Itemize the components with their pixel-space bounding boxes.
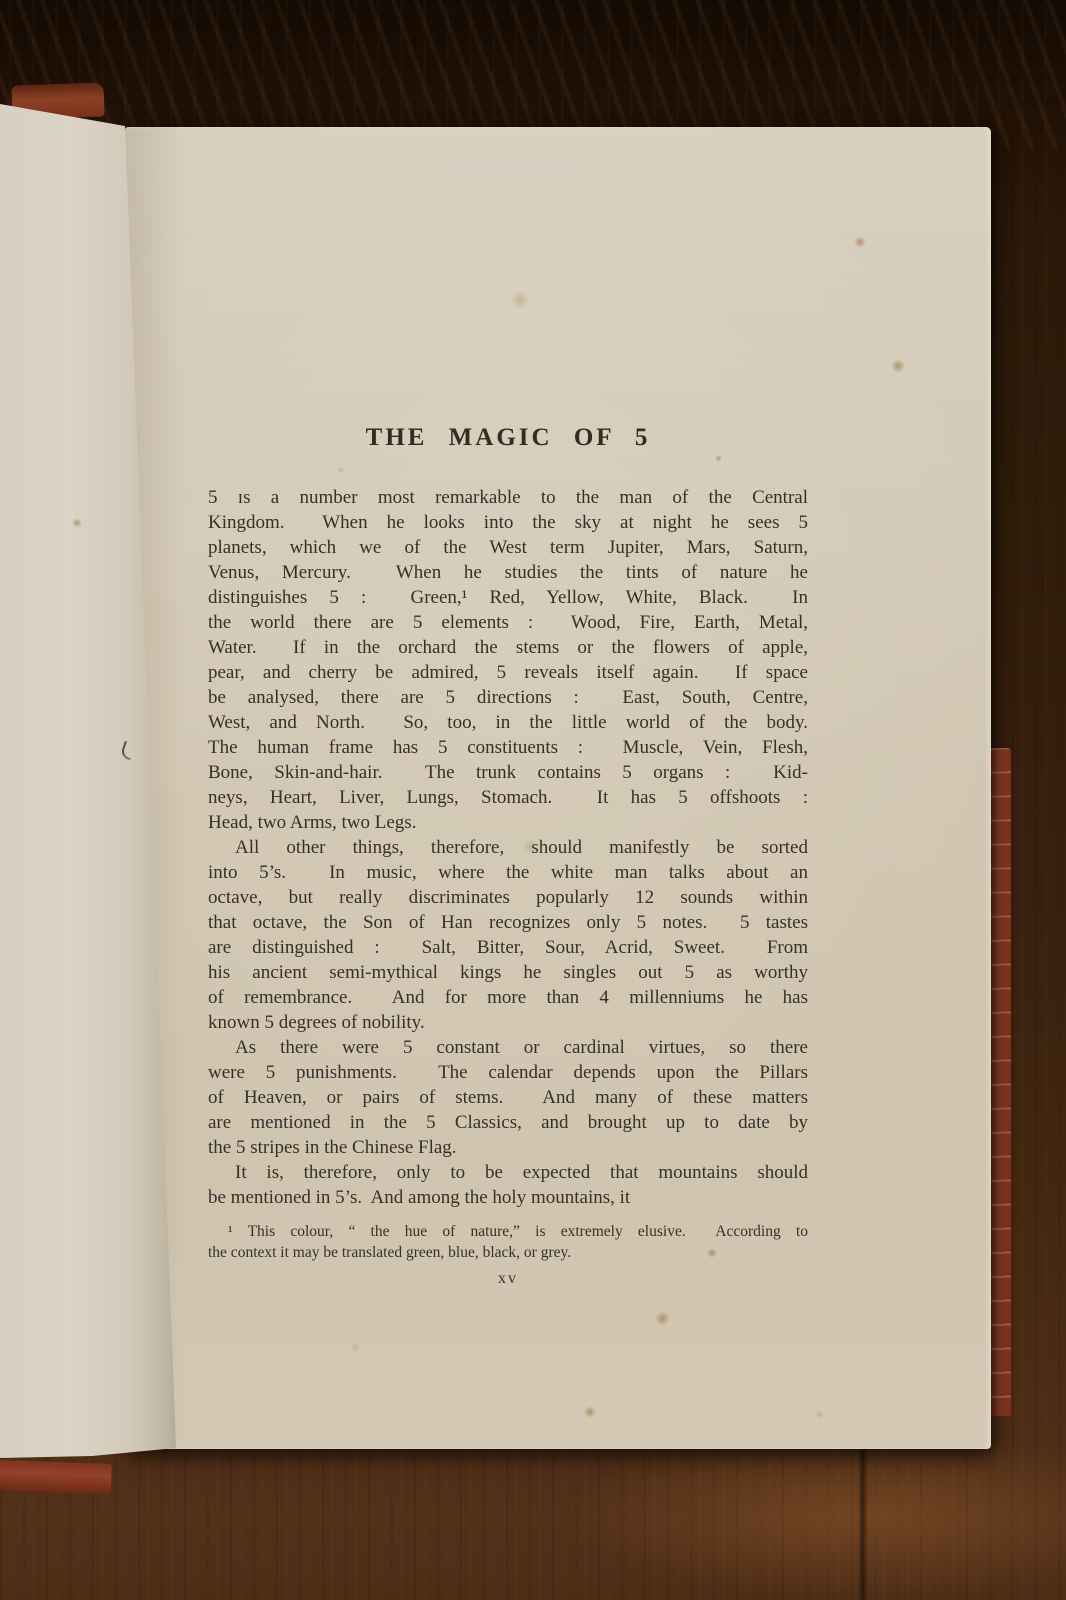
text-line: be mentioned in 5’s. And among the holy … — [208, 1185, 808, 1210]
foxing-spot — [72, 518, 82, 528]
text-line: are mentioned in the 5 Classics, and bro… — [208, 1110, 808, 1135]
text-line: Kingdom. When he looks into the sky at n… — [208, 510, 808, 535]
text-line: Water. If in the orchard the stems or th… — [208, 635, 808, 660]
text-line: pear, and cherry be admired, 5 reveals i… — [208, 660, 808, 685]
foxing-spot — [510, 290, 530, 310]
red-leather-cover-edge-bottom-left — [0, 1460, 112, 1494]
text-line: be analysed, there are 5 directions : Ea… — [208, 685, 808, 710]
text-line: West, and North. So, too, in the little … — [208, 710, 808, 735]
text-line: distinguishes 5 : Green,¹ Red, Yellow, W… — [208, 585, 808, 610]
text-line: All other things, therefore, should mani… — [208, 835, 808, 860]
text-line: Venus, Mercury. When he studies the tint… — [208, 560, 808, 585]
text-line: that octave, the Son of Han recognizes o… — [208, 910, 808, 935]
footnote: ¹ This colour, “ the hue of nature,” is … — [208, 1221, 808, 1263]
wood-plank-seam — [858, 1440, 868, 1600]
text-line: of Heaven, or pairs of stems. And many o… — [208, 1085, 808, 1110]
text-line: known 5 degrees of nobility. — [208, 1010, 808, 1035]
text-line: the 5 stripes in the Chinese Flag. — [208, 1135, 808, 1160]
text-line: the context it may be translated green, … — [208, 1242, 808, 1263]
foxing-spot — [655, 1311, 670, 1326]
wood-highlight — [560, 1448, 1066, 1600]
paragraph: As there were 5 constant or cardinal vir… — [208, 1035, 808, 1160]
text-line: The human frame has 5 constituents : Mus… — [208, 735, 808, 760]
foxing-spot — [854, 236, 866, 248]
foxing-spot — [351, 1343, 360, 1352]
text-line: of remembrance. And for more than 4 mill… — [208, 985, 808, 1010]
text-line: ¹ This colour, “ the hue of nature,” is … — [208, 1221, 808, 1242]
text-line: As there were 5 constant or cardinal vir… — [208, 1035, 808, 1060]
text-line: his ancient semi-mythical kings he singl… — [208, 960, 808, 985]
foxing-spot — [584, 1406, 596, 1418]
text-line: It is, therefore, only to be expected th… — [208, 1160, 808, 1185]
body-text: 5 ɪs a number most remarkable to the man… — [208, 485, 808, 1210]
foxing-spot — [891, 359, 905, 373]
chapter-title: THE MAGIC OF 5 — [208, 423, 808, 453]
text-line: are distinguished : Salt, Bitter, Sour, … — [208, 935, 808, 960]
text-line: Bone, Skin-and-hair. The trunk contains … — [208, 760, 808, 785]
page-text: THE MAGIC OF 5 5 ɪs a number most remark… — [208, 423, 808, 1291]
text-line: the world there are 5 elements : Wood, F… — [208, 610, 808, 635]
text-line: into 5’s. In music, where the white man … — [208, 860, 808, 885]
paragraph: All other things, therefore, should mani… — [208, 835, 808, 1035]
open-book-photo: THE MAGIC OF 5 5 ɪs a number most remark… — [0, 0, 1066, 1600]
foxing-spot — [815, 1410, 824, 1419]
page-number: xv — [208, 1266, 808, 1291]
text-line: were 5 punishments. The calendar depends… — [208, 1060, 808, 1085]
text-line: neys, Heart, Liver, Lungs, Stomach. It h… — [208, 785, 808, 810]
text-line: 5 ɪs a number most remarkable to the man… — [208, 485, 808, 510]
text-line: Head, two Arms, two Legs. — [208, 810, 808, 835]
text-line: octave, but really discriminates popular… — [208, 885, 808, 910]
text-line: planets, which we of the West term Jupit… — [208, 535, 808, 560]
paragraph: It is, therefore, only to be expected th… — [208, 1160, 808, 1210]
book-page-right: THE MAGIC OF 5 5 ɪs a number most remark… — [125, 127, 991, 1449]
paragraph: 5 ɪs a number most remarkable to the man… — [208, 485, 808, 835]
